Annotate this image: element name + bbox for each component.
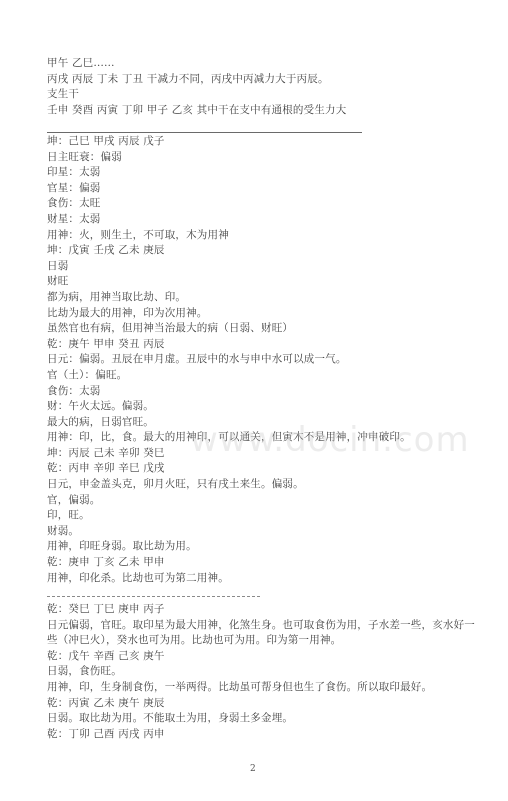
text-line: 些（冲巳火），癸水也可为用。比劫也可为用。印为第一用神。 xyxy=(47,633,477,649)
text-line: 丙戌 丙辰 丁未 丁丑 干减力不同，丙戌中丙减力大于丙辰。 xyxy=(47,72,477,88)
text-line: 财星：太弱 xyxy=(47,212,477,228)
text-line: 坤：丙辰 己未 辛卯 癸巳 xyxy=(47,446,477,462)
text-line: 财弱。 xyxy=(47,524,477,540)
text-line: 官（土）：偏旺。 xyxy=(47,368,477,384)
section-more-charts: 乾：癸巳 丁巳 庚申 丙子 日元偏弱，官旺。取印星为最大用神，化煞生身。也可取食… xyxy=(47,602,477,742)
text-line: 日元偏弱，官旺。取印星为最大用神，化煞生身。也可取食伤为用，子水差一些，亥水好一 xyxy=(47,618,477,634)
text-line: 用神，印化杀。比劫也可为第二用神。 xyxy=(47,571,477,587)
dashed-divider xyxy=(47,596,260,597)
text-line: 食伤：太弱 xyxy=(47,384,477,400)
text-line: 乾：丙寅 乙未 庚午 庚辰 xyxy=(47,696,477,712)
text-line: 乾：癸巳 丁巳 庚申 丙子 xyxy=(47,602,477,618)
text-line: 财旺 xyxy=(47,274,477,290)
text-line: 乾：丁卯 己酉 丙戌 丙申 xyxy=(47,727,477,743)
text-line: 乾：戊午 辛酉 己亥 庚午 xyxy=(47,649,477,665)
text-line: 日元：偏弱。丑辰在申月虚。丑辰中的水与申中水可以成一气。 xyxy=(47,352,477,368)
text-line: 财：午火太远。偏弱。 xyxy=(47,399,477,415)
text-line: 日主旺衰：偏弱 xyxy=(47,150,477,166)
text-line: 用神：印，比，食。最大的用神印，可以通关，但寅木不是用神，冲申破印。 xyxy=(47,430,477,446)
text-line: 坤：己巳 甲戌 丙辰 戊子 xyxy=(47,134,477,150)
text-line: 虽然官也有病，但用神当治最大的病（日弱、财旺） xyxy=(47,321,477,337)
page-number: 2 xyxy=(250,764,256,774)
text-line: 日弱，食伤旺。 xyxy=(47,664,477,680)
text-line: 用神，印，生身制食伤，一举两得。比劫虽可帮身但也生了食伤。所以取印最好。 xyxy=(47,680,477,696)
section-charts: 坤：己巳 甲戌 丙辰 戊子 日主旺衰：偏弱 印星：太弱 官星：偏弱 食伤：太旺 … xyxy=(47,134,477,586)
text-line: 都为病，用神当取比劫、印。 xyxy=(47,290,477,306)
text-line: 乾：庚午 甲申 癸丑 丙辰 xyxy=(47,337,477,353)
text-line: 最大的病，日弱官旺。 xyxy=(47,415,477,431)
text-line: 乾：丙申 辛卯 辛巳 戊戌 xyxy=(47,461,477,477)
text-line: 比劫为最大的用神，印为次用神。 xyxy=(47,306,477,322)
text-line: 用神，印旺身弱。取比劫为用。 xyxy=(47,539,477,555)
text-line: 坤：戊寅 壬戌 乙未 庚辰 xyxy=(47,243,477,259)
text-line: 支生干 xyxy=(47,87,477,103)
text-line: 官星：偏弱 xyxy=(47,181,477,197)
text-line: 甲午 乙巳…… xyxy=(47,56,477,72)
text-line: 日弱。取比劫为用。不能取土为用，身弱土多金埋。 xyxy=(47,711,477,727)
solid-divider xyxy=(47,132,362,133)
document-page: 甲午 乙巳…… 丙戌 丙辰 丁未 丁丑 干减力不同，丙戌中丙减力大于丙辰。 支生… xyxy=(0,0,508,801)
text-line: 日弱 xyxy=(47,259,477,275)
text-line: 壬申 癸酉 丙寅 丁卯 甲子 乙亥 其中干在支中有通根的受生力大 xyxy=(47,103,477,119)
text-line: 食伤：太旺 xyxy=(47,196,477,212)
section-intro: 甲午 乙巳…… 丙戌 丙辰 丁未 丁丑 干减力不同，丙戌中丙减力大于丙辰。 支生… xyxy=(47,56,477,118)
text-line: 乾：庚申 丁亥 乙未 甲申 xyxy=(47,555,477,571)
text-line: 印星：太弱 xyxy=(47,165,477,181)
text-line: 印，旺。 xyxy=(47,508,477,524)
text-line: 官，偏弱。 xyxy=(47,493,477,509)
text-line: 用神：火，则生土，不可取，木为用神 xyxy=(47,228,477,244)
text-line: 日元，申金盖头克，卯月火旺，只有戌土来生。偏弱。 xyxy=(47,477,477,493)
